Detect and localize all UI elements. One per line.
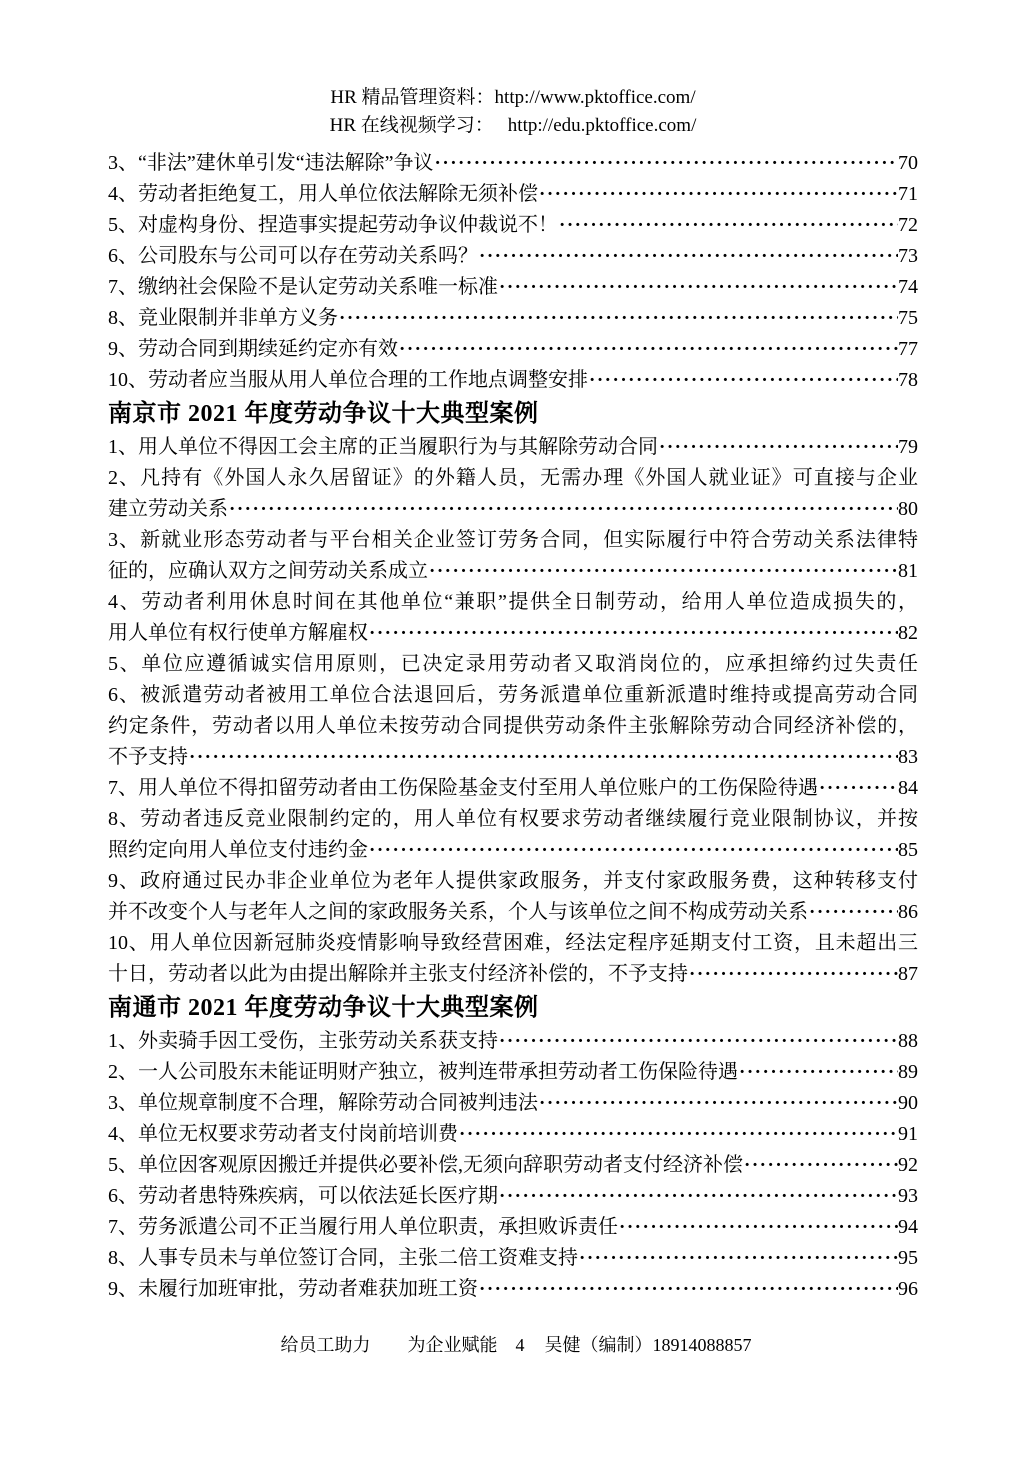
footer-author: 吴健（编制）18914088857 [545,1335,752,1355]
toc-page-number: 81 [898,556,918,587]
toc-entry-line: 1、用人单位不得因工会主席的正当履职行为与其解除劳动合同············… [108,432,918,463]
toc-entry-text: 十日，劳动者以此为由提出解除并主张支付经济补偿的，不予支持 [108,959,688,990]
toc-entry-text: 7、劳务派遣公司不正当履行用人单位职责，承担败诉责任 [108,1212,618,1243]
header-label-2: HR 在线视频学习： [330,115,494,136]
toc-entry-text: 6、劳动者患特殊疾病，可以依法延长医疗期 [108,1181,498,1212]
dot-leader: ········································… [498,272,898,303]
dot-leader: ········································… [808,897,898,928]
dot-leader: ········································… [538,1088,898,1119]
toc-entry: 4、劳动者拒绝复工，用人单位依法解除无须补偿··················… [108,179,918,210]
toc-entry: 2、一人公司股东未能证明财产独立，被判连带承担劳动者工伤保险待遇········… [108,1057,918,1088]
toc-page-number: 75 [898,303,918,334]
dot-leader: ········································… [538,179,898,210]
toc-entry-line: 9、劳动合同到期续延约定亦有效·························… [108,334,918,365]
toc-entry: 8、劳动者违反竞业限制约定的，用人单位有权要求劳动者继续履行竞业限制协议，并按照… [108,804,918,866]
toc-entry: 9、未履行加班审批，劳动者难获加班工资·····················… [108,1274,918,1305]
dot-leader: ········································… [398,334,898,365]
table-of-contents: 3、“非法”建休单引发“违法解除”争议·····················… [108,148,918,1305]
toc-entry-text: 1、用人单位不得因工会主席的正当履职行为与其解除劳动合同 [108,432,658,463]
dot-leader: ········································… [738,1057,898,1088]
toc-page-number: 96 [898,1274,918,1305]
toc-page-number: 95 [898,1243,918,1274]
dot-leader: ········································… [428,556,898,587]
toc-page-number: 73 [898,241,918,272]
toc-entry-line: 十日，劳动者以此为由提出解除并主张支付经济补偿的，不予支持···········… [108,959,918,990]
toc-entry-line: 3、“非法”建休单引发“违法解除”争议·····················… [108,148,918,179]
toc-page-number: 87 [898,959,918,990]
toc-entry-text: 2、一人公司股东未能证明财产独立，被判连带承担劳动者工伤保险待遇 [108,1057,738,1088]
toc-entry: 10、劳动者应当服从用人单位合理的工作地点调整安排···············… [108,365,918,396]
dot-leader: ········································… [458,1119,898,1150]
toc-entry-line: 建立劳动关系··································… [108,494,918,525]
toc-entry-text: 6、公司股东与公司可以存在劳动关系吗？ [108,241,478,272]
toc-entry: 10、用人单位因新冠肺炎疫情影响导致经营困难，经法定程序延期支付工资，且未超出三… [108,928,918,990]
toc-entry: 6、公司股东与公司可以存在劳动关系吗？·····················… [108,241,918,272]
toc-entry-line: 7、用人单位不得扣留劳动者由工伤保险基金支付至用人单位账户的工伤保险待遇····… [108,773,918,804]
toc-entry: 9、政府通过民办非企业单位为老年人提供家政服务，并支付家政服务费，这种转移支付并… [108,866,918,928]
toc-entry: 7、劳务派遣公司不正当履行用人单位职责，承担败诉责任··············… [108,1212,918,1243]
toc-entry-line: 4、劳动者拒绝复工，用人单位依法解除无须补偿··················… [108,179,918,210]
toc-entry-line: 6、被派遣劳动者被用工单位合法退回后，劳务派遣单位重新派遣时维持或提高劳动合同 [108,680,918,711]
toc-entry: 8、竞业限制并非单方义务····························… [108,303,918,334]
toc-entry: 4、单位无权要求劳动者支付岗前培训费······················… [108,1119,918,1150]
toc-entry-text: 1、外卖骑手因工受伤，主张劳动关系获支持 [108,1026,498,1057]
toc-entry-text: 3、“非法”建休单引发“违法解除”争议 [108,148,434,179]
dot-leader: ········································… [228,494,898,525]
toc-entry: 5、单位因客观原因搬迁并提供必要补偿,无须向辞职劳动者支付经济补偿·······… [108,1150,918,1181]
toc-page-number: 74 [898,272,918,303]
header-link-2[interactable]: http://edu.pktoffice.com/ [508,115,697,136]
dot-leader: ········································… [688,959,898,990]
page-footer: 给员工助力为企业赋能4吴健（编制）18914088857 [0,1332,1032,1358]
toc-page-number: 71 [898,179,918,210]
toc-entry-line: 4、劳动者利用休息时间在其他单位“兼职”提供全日制劳动，给用人单位造成损失的， [108,587,918,618]
toc-entry-text: 建立劳动关系 [108,494,228,525]
section-heading-2: 南通市 2021 年度劳动争议十大典型案例 [108,990,918,1026]
toc-page-number: 70 [898,148,918,179]
toc-entry-text: 8、竞业限制并非单方义务 [108,303,338,334]
toc-page-number: 85 [898,835,918,866]
toc-entry-line: 并不改变个人与老年人之间的家政服务关系，个人与该单位之间不构成劳动关系·····… [108,897,918,928]
toc-entry: 5、单位应遵循诚实信用原则，已决定录用劳动者又取消岗位的，应承担缔约过失责任 [108,649,918,680]
dot-leader: ········································… [478,241,898,272]
dot-leader: ········································… [478,1274,898,1305]
toc-entry-text: 不予支持 [108,742,188,773]
toc-entry-text: 4、单位无权要求劳动者支付岗前培训费 [108,1119,458,1150]
toc-entry: 7、缴纳社会保险不是认定劳动关系唯一标准····················… [108,272,918,303]
dot-leader: ········································… [658,432,898,463]
toc-entry: 4、劳动者利用休息时间在其他单位“兼职”提供全日制劳动，给用人单位造成损失的，用… [108,587,918,649]
toc-entry-line: 8、劳动者违反竞业限制约定的，用人单位有权要求劳动者继续履行竞业限制协议，并按 [108,804,918,835]
toc-page-number: 80 [898,494,918,525]
toc-page-number: 78 [898,365,918,396]
toc-entry-text: 7、缴纳社会保险不是认定劳动关系唯一标准 [108,272,498,303]
toc-entry-line: 用人单位有权行使单方解雇权···························… [108,618,918,649]
header-line-1: HR 精品管理资料：http://www.pktoffice.com/ [108,84,918,112]
dot-leader: ········································… [498,1026,898,1057]
toc-entry-line: 7、劳务派遣公司不正当履行用人单位职责，承担败诉责任··············… [108,1212,918,1243]
dot-leader: ········································… [368,618,898,649]
toc-page-number: 94 [898,1212,918,1243]
toc-entry-line: 3、新就业形态劳动者与平台相关企业签订劳务合同，但实际履行中符合劳动关系法律特 [108,525,918,556]
toc-entry-line: 征的，应确认双方之间劳动关系成立························… [108,556,918,587]
toc-entry-text: 5、单位因客观原因搬迁并提供必要补偿,无须向辞职劳动者支付经济补偿 [108,1150,743,1181]
toc-entry-line: 照约定向用人单位支付违约金···························… [108,835,918,866]
toc-entry: 3、“非法”建休单引发“违法解除”争议·····················… [108,148,918,179]
toc-page-number: 77 [898,334,918,365]
dot-leader: ········································… [743,1150,898,1181]
toc-entry-line: 6、劳动者患特殊疾病，可以依法延长医疗期····················… [108,1181,918,1212]
toc-page-number: 91 [898,1119,918,1150]
toc-entry: 6、被派遣劳动者被用工单位合法退回后，劳务派遣单位重新派遣时维持或提高劳动合同约… [108,680,918,773]
dot-leader: ········································… [618,1212,898,1243]
toc-entry-line: 3、单位规章制度不合理，解除劳动合同被判违法··················… [108,1088,918,1119]
toc-entry-text: 用人单位有权行使单方解雇权 [108,618,368,649]
toc-entry-line: 约定条件，劳动者以用人单位未按劳动合同提供劳动条件主张解除劳动合同经济补偿的， [108,711,918,742]
toc-entry-line: 8、竞业限制并非单方义务····························… [108,303,918,334]
toc-page-number: 84 [898,773,918,804]
dot-leader: ········································… [498,1181,898,1212]
toc-entry-text: 照约定向用人单位支付违约金 [108,835,368,866]
toc-page-number: 86 [898,897,918,928]
toc-entry-line: 6、公司股东与公司可以存在劳动关系吗？·····················… [108,241,918,272]
toc-entry: 3、新就业形态劳动者与平台相关企业签订劳务合同，但实际履行中符合劳动关系法律特征… [108,525,918,587]
toc-entry-text: 9、未履行加班审批，劳动者难获加班工资 [108,1274,478,1305]
toc-entry-text: 5、对虚构身份、捏造事实提起劳动争议仲裁说不！ [108,210,558,241]
toc-entry-text: 9、劳动合同到期续延约定亦有效 [108,334,398,365]
dot-leader: ········································… [368,835,898,866]
toc-entry-line: 2、一人公司股东未能证明财产独立，被判连带承担劳动者工伤保险待遇········… [108,1057,918,1088]
toc-entry-text: 征的，应确认双方之间劳动关系成立 [108,556,428,587]
toc-entry-line: 5、单位应遵循诚实信用原则，已决定录用劳动者又取消岗位的，应承担缔约过失责任 [108,649,918,680]
header-link-1[interactable]: http://www.pktoffice.com/ [495,87,696,108]
toc-entry: 1、外卖骑手因工受伤，主张劳动关系获支持····················… [108,1026,918,1057]
toc-page-number: 83 [898,742,918,773]
toc-entry: 8、人事专员未与单位签订合同，主张二倍工资难支持················… [108,1243,918,1274]
toc-entry-line: 不予支持····································… [108,742,918,773]
footer-slogan-right: 为企业赋能 [408,1335,498,1355]
toc-page-number: 72 [898,210,918,241]
toc-entry-line: 5、单位因客观原因搬迁并提供必要补偿,无须向辞职劳动者支付经济补偿·······… [108,1150,918,1181]
toc-entry-line: 4、单位无权要求劳动者支付岗前培训费······················… [108,1119,918,1150]
toc-entry: 3、单位规章制度不合理，解除劳动合同被判违法··················… [108,1088,918,1119]
dot-leader: ········································… [818,773,898,804]
header-label-1: HR 精品管理资料： [330,87,494,108]
dot-leader: ········································… [434,148,898,179]
toc-entry: 1、用人单位不得因工会主席的正当履职行为与其解除劳动合同············… [108,432,918,463]
toc-entry-text: 10、劳动者应当服从用人单位合理的工作地点调整安排 [108,365,588,396]
dot-leader: ········································… [338,303,898,334]
toc-entry-line: 10、劳动者应当服从用人单位合理的工作地点调整安排···············… [108,365,918,396]
section-heading-1: 南京市 2021 年度劳动争议十大典型案例 [108,396,918,432]
toc-entry: 2、凡持有《外国人永久居留证》的外籍人员，无需办理《外国人就业证》可直接与企业建… [108,463,918,525]
toc-page-number: 88 [898,1026,918,1057]
toc-entry-line: 5、对虚构身份、捏造事实提起劳动争议仲裁说不！·················… [108,210,918,241]
toc-entry: 6、劳动者患特殊疾病，可以依法延长医疗期····················… [108,1181,918,1212]
page-header: HR 精品管理资料：http://www.pktoffice.com/ HR 在… [108,84,918,140]
toc-entry: 9、劳动合同到期续延约定亦有效·························… [108,334,918,365]
footer-page-number: 4 [516,1335,525,1355]
toc-entry-text: 4、劳动者拒绝复工，用人单位依法解除无须补偿 [108,179,538,210]
dot-leader: ········································… [588,365,898,396]
dot-leader: ········································… [558,210,898,241]
toc-page-number: 79 [898,432,918,463]
toc-entry-text: 并不改变个人与老年人之间的家政服务关系，个人与该单位之间不构成劳动关系 [108,897,808,928]
toc-page-number: 93 [898,1181,918,1212]
toc-entry-line: 7、缴纳社会保险不是认定劳动关系唯一标准····················… [108,272,918,303]
toc-entry-text: 8、人事专员未与单位签订合同，主张二倍工资难支持 [108,1243,578,1274]
toc-entry: 5、对虚构身份、捏造事实提起劳动争议仲裁说不！·················… [108,210,918,241]
dot-leader: ········································… [188,742,898,773]
footer-slogan-left: 给员工助力 [281,1335,371,1355]
toc-entry: 7、用人单位不得扣留劳动者由工伤保险基金支付至用人单位账户的工伤保险待遇····… [108,773,918,804]
toc-entry-line: 9、政府通过民办非企业单位为老年人提供家政服务，并支付家政服务费，这种转移支付 [108,866,918,897]
toc-entry-text: 7、用人单位不得扣留劳动者由工伤保险基金支付至用人单位账户的工伤保险待遇 [108,773,818,804]
toc-page-number: 89 [898,1057,918,1088]
toc-page-number: 92 [898,1150,918,1181]
toc-entry-line: 10、用人单位因新冠肺炎疫情影响导致经营困难，经法定程序延期支付工资，且未超出三 [108,928,918,959]
dot-leader: ········································… [578,1243,898,1274]
toc-entry-line: 8、人事专员未与单位签订合同，主张二倍工资难支持················… [108,1243,918,1274]
toc-entry-line: 9、未履行加班审批，劳动者难获加班工资·····················… [108,1274,918,1305]
toc-entry-line: 1、外卖骑手因工受伤，主张劳动关系获支持····················… [108,1026,918,1057]
toc-entry-line: 2、凡持有《外国人永久居留证》的外籍人员，无需办理《外国人就业证》可直接与企业 [108,463,918,494]
toc-page-number: 82 [898,618,918,649]
toc-entry-text: 3、单位规章制度不合理，解除劳动合同被判违法 [108,1088,538,1119]
document-page: HR 精品管理资料：http://www.pktoffice.com/ HR 在… [0,0,1032,1457]
header-line-2: HR 在线视频学习：http://edu.pktoffice.com/ [108,112,918,140]
toc-page-number: 90 [898,1088,918,1119]
